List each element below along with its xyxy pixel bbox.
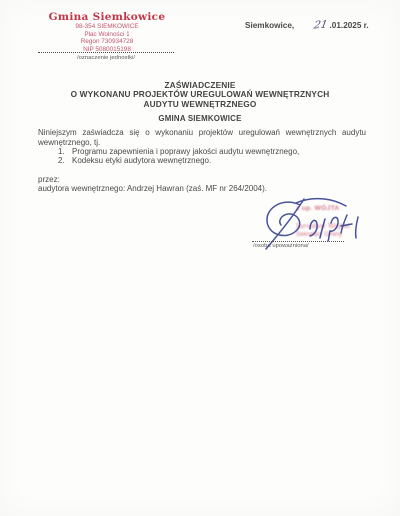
handwritten-day: 21 [313,19,329,32]
list-item: 2.Kodeksu etyki audytora wewnętrznego. [58,156,358,165]
unit-stamp-caption: /oznaczenie jednostki/ [38,55,174,61]
unit-stamp-postcode: 98-354 SIEMKOWICE [38,23,176,31]
dateline-date: .01.2025 r. [330,21,369,30]
by-label: przez: [38,175,60,184]
dateline-place: Siemkowice, [245,21,294,30]
list-item-text: Kodeksu etyki audytora wewnętrznego. [72,156,211,165]
dateline: Siemkowice,21.01.2025 r. [245,19,369,31]
document-page: Gmina Siemkowice 98-354 SIEMKOWICE Plac … [0,0,400,516]
document-title: ZAŚWIADCZENIE O WYKONANU PROJEKTÓW UREGU… [0,81,400,109]
list-item: 1.Programu zapewnienia i poprawy jakości… [58,147,358,156]
list-item-number: 2. [58,156,72,165]
unit-stamp: Gmina Siemkowice 98-354 SIEMKOWICE Plac … [38,11,176,53]
unit-stamp-name: Gmina Siemkowice [38,11,176,23]
signature-caption: /osoba upoważniona/ [253,243,345,249]
body-intro: Niniejszym zaświadcza się o wykonaniu pr… [38,128,366,147]
unit-stamp-dotted-line [38,51,174,53]
signature-dotted-line [252,240,344,242]
title-line-3: AUDYTU WEWNĘTRZNEGO [0,100,400,109]
list-item-text: Programu zapewnienia i poprawy jakości a… [72,147,299,156]
subject-name: GMINA SIEMKOWICE [0,114,400,123]
list-item-number: 1. [58,147,72,156]
unit-stamp-regon: Regon 730934728 [38,38,176,46]
numbered-list: 1.Programu zapewnienia i poprawy jakości… [58,147,358,166]
auditor-line: audytora wewnętrznego: Andrzej Hawran (z… [38,184,267,193]
unit-stamp-street: Plac Wolności 1 [38,31,176,39]
